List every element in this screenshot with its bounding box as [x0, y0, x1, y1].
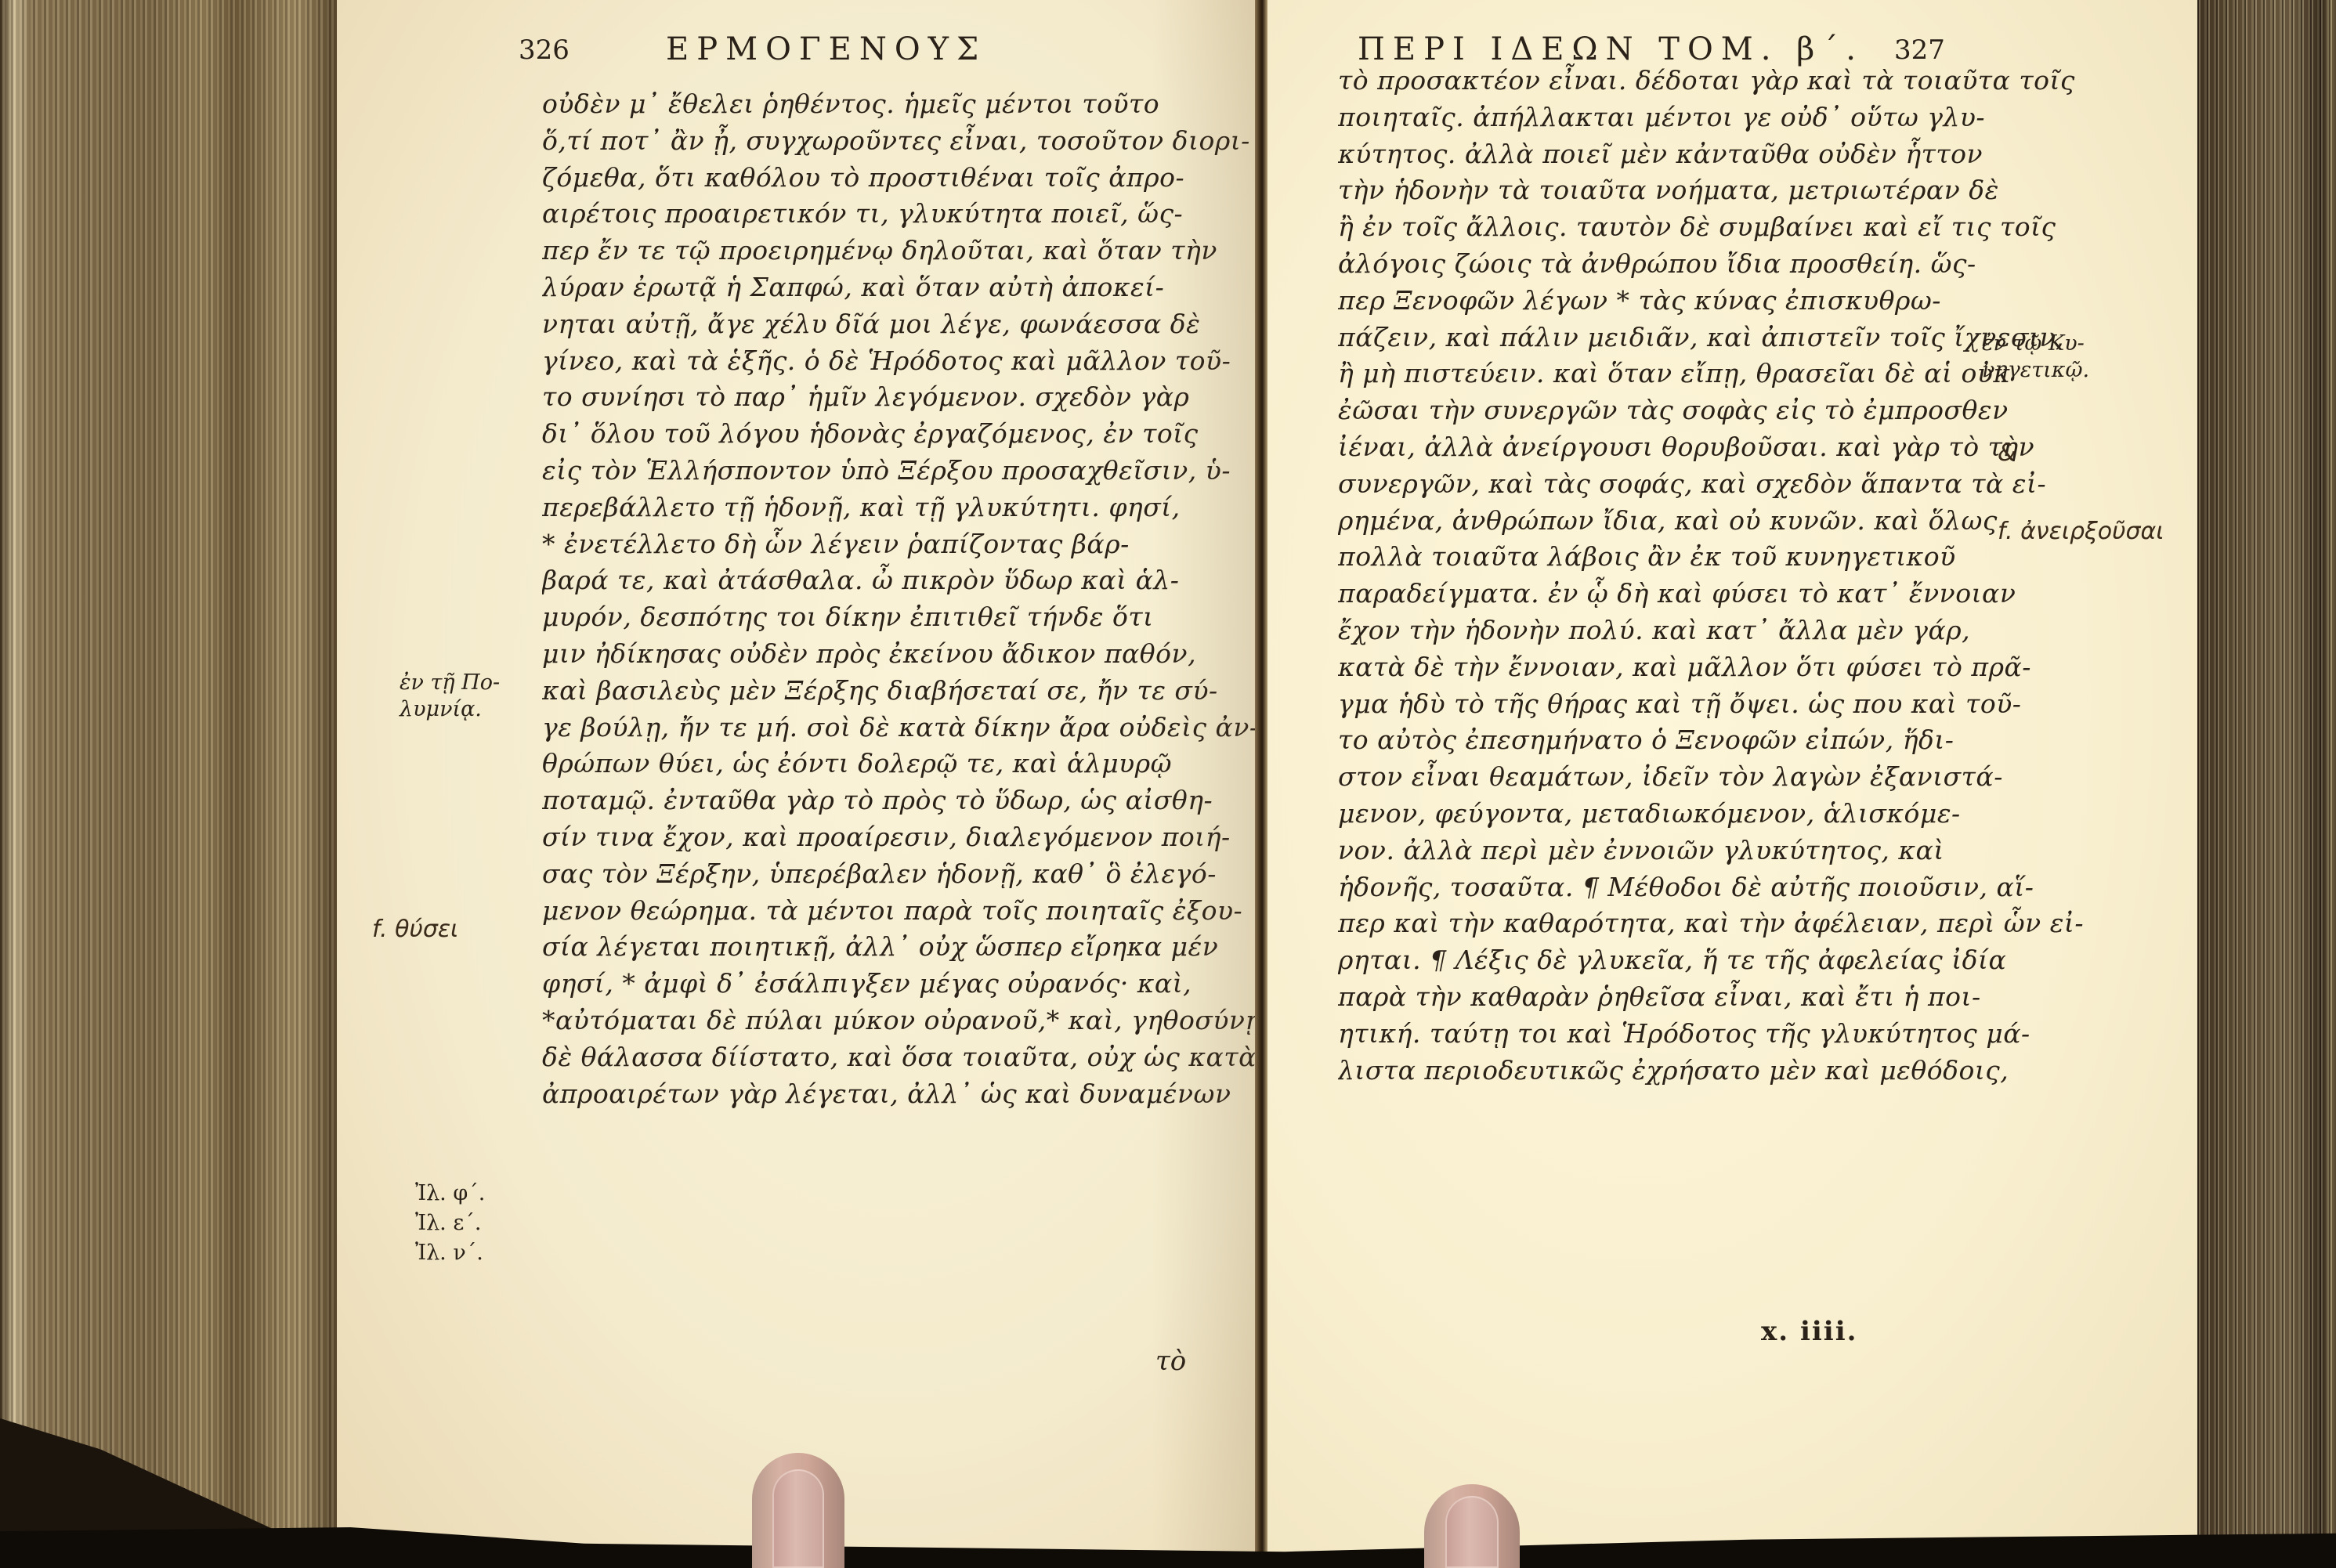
text-line: τὴν ἡδονὴν τὰ τοιαῦτα νοήματα, μετριωτέρ…	[1338, 172, 2084, 209]
text-line: ποιηταῖς. ἀπήλλακται μέντοι γε οὐδ᾽ οὕτω…	[1338, 99, 2084, 136]
margin-note-line: λυμνίᾳ.	[400, 696, 500, 723]
text-line: ρημένα, ἀνθρώπων ἴδια, καὶ οὐ κυνῶν. καὶ…	[1338, 503, 2084, 540]
right-thumbnail	[1445, 1496, 1499, 1568]
text-line: στον εἶναι θεαμάτων, ἰδεῖν τὸν λαγὼν ἐξα…	[1338, 759, 2084, 796]
margin-note-line: Ἰλ. ν΄.	[415, 1238, 485, 1268]
text-line: τὸ προσακτέον εἶναι. δέδοται γὰρ καὶ τὰ …	[1338, 63, 2084, 99]
text-line: περ Ξενοφῶν λέγων * τὰς κύνας ἐπισκυθρω-	[1338, 283, 2084, 320]
margin-note-line: ἐν τῷ Κυ-	[1982, 331, 2089, 357]
margin-note-line: f. ἀνειρξοῦσαι	[1998, 518, 2164, 545]
text-line: το αὐτὸς ἐπεσημήνατο ὁ Ξενοφῶν εἰπών, ἥδ…	[1338, 722, 2084, 759]
text-line: ἢ μὴ πιστεύειν. καὶ ὅταν εἴπῃ, θρασεῖαι …	[1338, 356, 2084, 392]
margin-note-cynegeticus: ἐν τῷ Κυ- νηγετικῷ.	[1982, 331, 2089, 384]
text-line: ἔχον τὴν ἡδονὴν πολύ. καὶ κατ᾽ ἄλλα μὲν …	[1338, 612, 2084, 649]
text-line: ἢ ἐν τοῖς ἄλλοις. ταυτὸν δὲ συμβαίνει κα…	[1338, 209, 2084, 246]
margin-note-polymnia: ἐν τῇ Πο- λυμνίᾳ.	[400, 670, 500, 723]
text-line: ἐῶσαι τὴν συνεργῶν τὰς σοφὰς εἰς τὸ ἐμπρ…	[1338, 392, 2084, 429]
manuscript-note-thysei: f. θύσει	[372, 916, 458, 943]
margin-note-line: νηγετικῷ.	[1982, 357, 2089, 384]
text-line: ἰέναι, ἀλλὰ ἀνείργουσι θορυβοῦσαι. καὶ γ…	[1338, 429, 2084, 466]
right-page-number: 327	[1894, 34, 1945, 66]
text-line: γμα ἡδὺ τὸ τῆς θήρας καὶ τῇ ὄψει. ὡς που…	[1338, 686, 2084, 723]
left-thumbnail	[772, 1469, 824, 1568]
margin-note-line: ἐν τῇ Πο-	[400, 670, 500, 696]
text-line: περ καὶ τὴν καθαρότητα, καὶ τὴν ἀφέλειαν…	[1338, 905, 2084, 942]
text-line: μενον, φεύγοντα, μεταδιωκόμενον, ἁλισκόμ…	[1338, 796, 2084, 833]
left-page-number: 326	[519, 34, 570, 66]
text-line: κύτητος. ἀλλὰ ποιεῖ μὲν κἀνταῦθα οὐδὲν ἧ…	[1338, 136, 2084, 173]
margin-note-iliad-refs: Ἰλ. φ΄. Ἰλ. ε΄. Ἰλ. ν΄.	[415, 1179, 485, 1268]
left-running-head: ΕΡΜΟΓΕΝΟΥΣ	[666, 31, 986, 67]
margin-note-line: Ἰλ. φ΄.	[415, 1179, 485, 1209]
book-gutter	[1255, 0, 1267, 1559]
manuscript-note-aneirxousai: f. ἀνειρξοῦσαι	[1998, 518, 2164, 545]
right-body-text: τὸ προσακτέον εἶναι. δέδοται γὰρ καὶ τὰ …	[1338, 63, 2084, 1089]
left-page: 326 ΕΡΜΟΓΕΝΟΥΣ οὐδὲν μ᾽ ἔθελει ῥηθέντος.…	[337, 0, 1261, 1559]
left-page-stack-edges	[0, 0, 337, 1559]
text-line: παρὰ τὴν καθαρὰν ῥηθεῖσα εἶναι, καὶ ἔτι …	[1338, 979, 2084, 1016]
gutter-shadow	[1152, 0, 1255, 1559]
text-line: ἀλόγοις ζώοις τὰ ἀνθρώπου ἴδια προσθείη.…	[1338, 246, 2084, 283]
right-page: ΠΕΡΙ ΙΔΕΩΝ ΤΟΜ. β΄. 327 τὸ προσακτέον εἶ…	[1267, 0, 2197, 1559]
margin-note-line: Ἰλ. ε΄.	[415, 1209, 485, 1238]
text-line: κατὰ δὲ τὴν ἔννοιαν, καὶ μᾶλλον ὅτι φύσε…	[1338, 649, 2084, 686]
text-line: νον. ἀλλὰ περὶ μὲν ἐννοιῶν γλυκύτητος, κ…	[1338, 833, 2084, 869]
text-line: ητική. ταύτῃ τοι καὶ Ἡρόδοτος τῆς γλυκύτ…	[1338, 1016, 2084, 1053]
text-line: πολλὰ τοιαῦτα λάβοις ἂν ἐκ τοῦ κυνηγετικ…	[1338, 539, 2084, 576]
text-line: παραδείγματα. ἐν ᾧ δὴ καὶ φύσει τὸ κατ᾽ …	[1338, 576, 2084, 612]
text-line: πάζειν, καὶ πάλιν μειδιᾶν, καὶ ἀπιστεῖν …	[1338, 320, 2084, 356]
margin-note-line: &	[1998, 440, 2016, 467]
text-line: ρηται. ¶ Λέξις δὲ γλυκεῖα, ἥ τε τῆς ἀφελ…	[1338, 942, 2084, 979]
text-line: ἡδονῆς, τοσαῦτα. ¶ Μέθοδοι δὲ αὐτῆς ποιο…	[1338, 869, 2084, 906]
manuscript-note-et: &	[1998, 440, 2016, 467]
text-line: λιστα περιοδευτικῶς ἐχρήσατο μὲν καὶ μεθ…	[1338, 1053, 2084, 1089]
signature-mark: x. iiii.	[1761, 1316, 1857, 1347]
left-thumb	[752, 1453, 844, 1568]
margin-note-line: f. θύσει	[372, 916, 458, 943]
right-page-stack-edges	[2197, 0, 2336, 1568]
text-line: συνεργῶν, καὶ τὰς σοφάς, καὶ σχεδὸν ἅπαν…	[1338, 466, 2084, 503]
